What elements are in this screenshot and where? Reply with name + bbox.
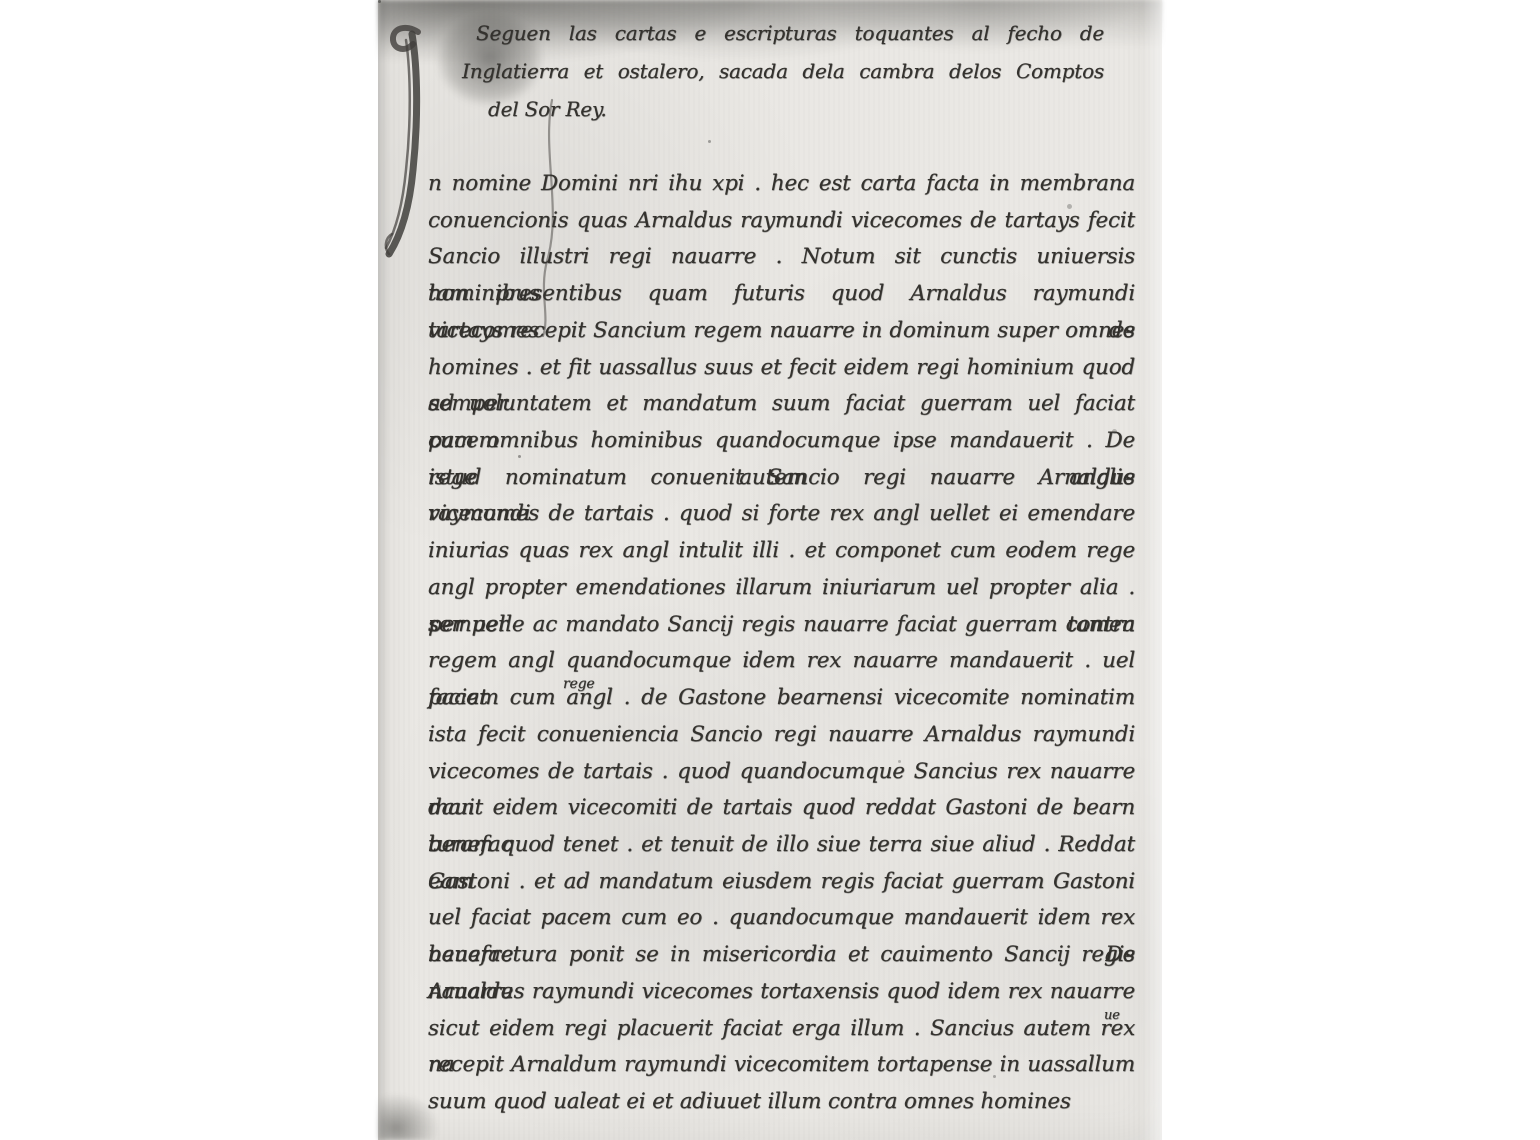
manuscript-line: Sancio illustri regi nauarre . Notum sit… — [428, 239, 1135, 276]
manuscript-line: dauit eidem vicecomiti de tartais quod r… — [428, 790, 1135, 827]
manuscript-line: regem angl quandocumque idem rex nauarre… — [428, 643, 1135, 680]
manuscript-line: uel faciat pacem cum eo . quandocumque m… — [428, 900, 1135, 937]
manuscript-line: ista fecit conueniencia Sancio regi naua… — [428, 717, 1135, 754]
manuscript-line: sicut eidem regi placuerit faciat erga i… — [428, 1011, 1135, 1048]
header-line: Seguen las cartas e escripturas toquante… — [476, 14, 1104, 52]
manuscript-line: ad uoluntatem et mandatum suum faciat gu… — [428, 386, 1135, 423]
manuscript-line: angl propter emendationes illarum iniuri… — [428, 570, 1135, 607]
abbreviation-superscript: ue — [1104, 1008, 1120, 1023]
manuscript-line: per uelle ac mandato Sancij regis nauarr… — [428, 607, 1135, 644]
archival-header: Seguen las cartas e escripturas toquante… — [462, 14, 1104, 128]
manuscript-line: Gastoni . et ad mandatum eiusdem regis f… — [428, 864, 1135, 901]
manuscript-line: n nomine Domini nri ihu xpi . hec est ca… — [428, 166, 1135, 203]
manuscript-line: vicecomes de tartais . quod si forte rex… — [428, 496, 1135, 533]
manuscript-line: turam quod tenet . et tenuit de illo siu… — [428, 827, 1135, 864]
manuscript-line: vicecomes de tartais . quod quandocumque… — [428, 754, 1135, 791]
manuscript-line: pacem cum angl . de Gastone bearnensi vi… — [428, 680, 1135, 717]
manuscript-line: conuencionis quas Arnaldus raymundi vice… — [428, 203, 1135, 240]
manuscript-line: recepit Arnaldum raymundi vicecomitem to… — [428, 1047, 1135, 1084]
manuscript-line: benefactura ponit se in misericordia et … — [428, 937, 1135, 974]
manuscript-line: suum quod ualeat ei et adiuuet illum con… — [428, 1084, 1135, 1121]
header-line: Inglatierra et ostalero, sacada dela cam… — [462, 52, 1104, 90]
paper-specks — [378, 0, 381, 3]
manuscript-line: istud nominatum conuenit Sancio regi nau… — [428, 460, 1135, 497]
manuscript-line: cum omnibus hominibus quandocumque ipse … — [428, 423, 1135, 460]
interlinear-insertion: rege — [563, 676, 594, 692]
manuscript-line: tartays recepit Sancium regem nauarre in… — [428, 313, 1135, 350]
manuscript-line: homines . et fit uassallus suus et fecit… — [428, 350, 1135, 387]
manuscript-line: iniurias quas rex angl intulit illi . et… — [428, 533, 1135, 570]
header-line: del Sor Rey. — [488, 90, 1104, 128]
charter-text: n nomine Domini nri ihu xpi . hec est ca… — [428, 166, 1135, 1121]
scanned-photo: Seguen las cartas e escripturas toquante… — [0, 0, 1540, 1140]
manuscript-line: Arnaldus raymundi vicecomes tortaxensis … — [428, 974, 1135, 1011]
initial-letter — [376, 22, 436, 260]
manuscript-line: tam presentibus quam futuris quod Arnald… — [428, 276, 1135, 313]
initial-letter-glyph — [376, 22, 436, 260]
